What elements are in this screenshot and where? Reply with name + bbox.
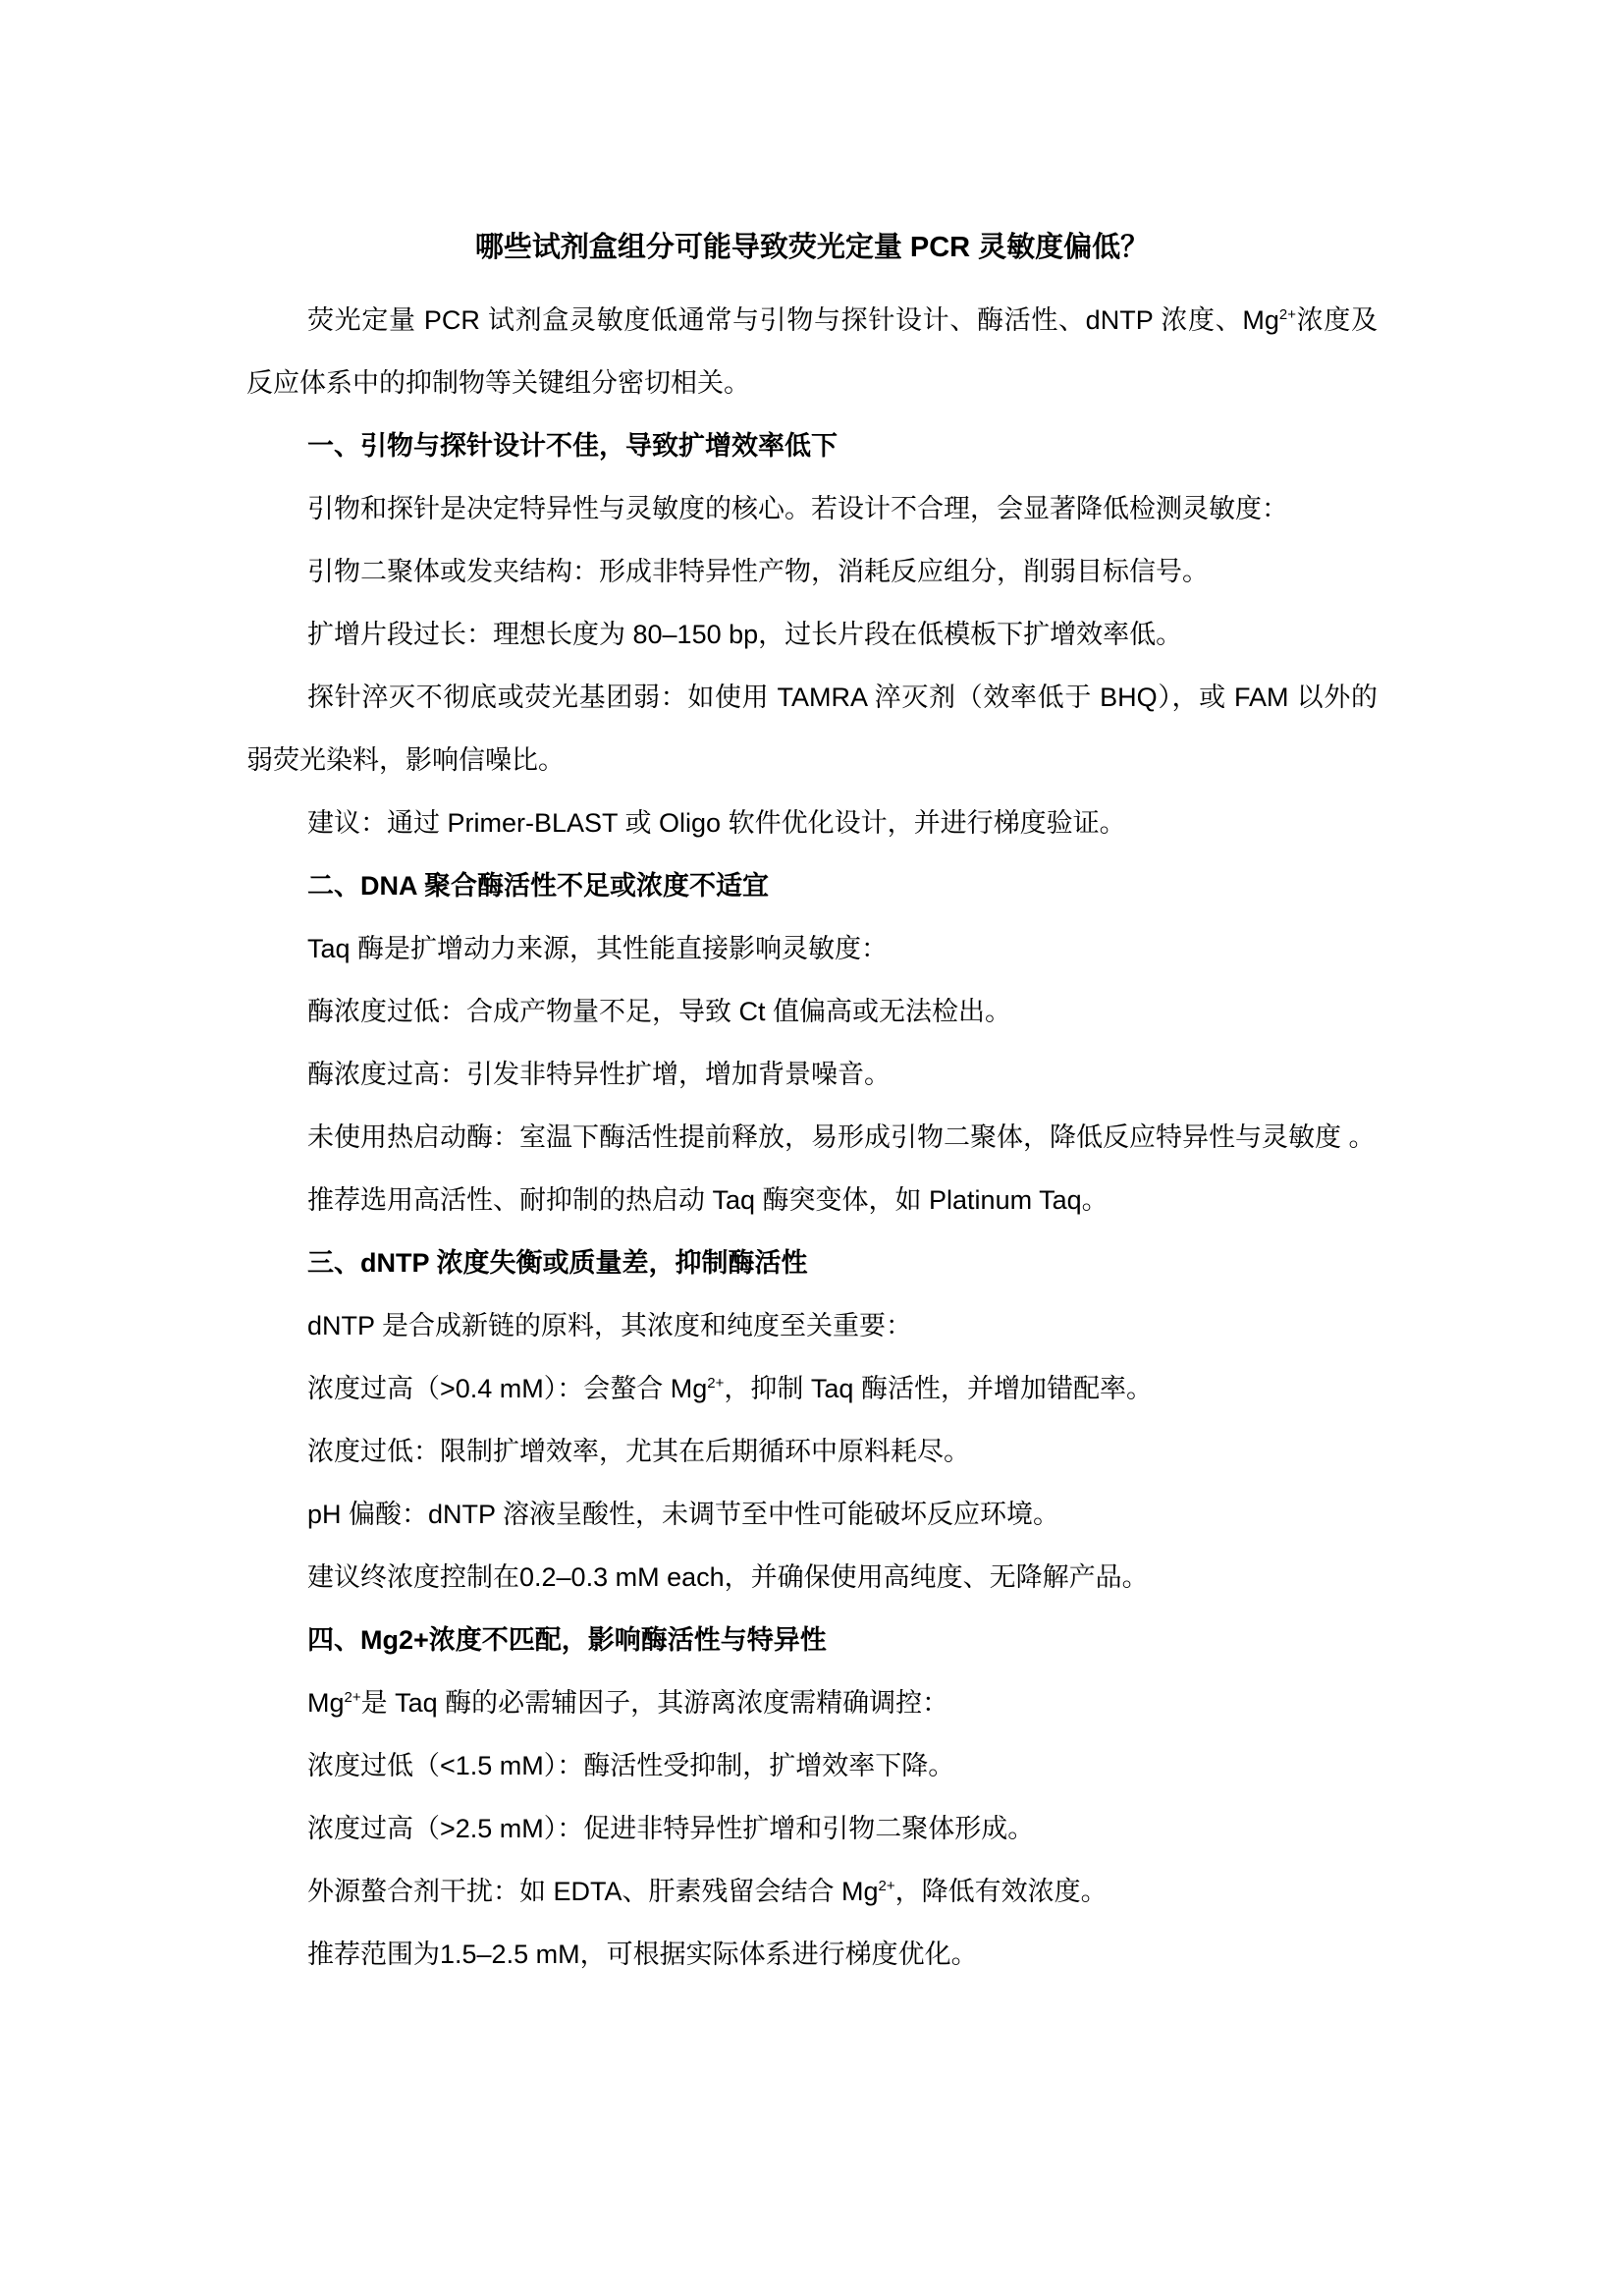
section3-paragraph: 浓度过低：限制扩增效率，尤其在后期循环中原料耗尽。: [246, 1420, 1378, 1483]
section-heading-1: 一、引物与探针设计不佳，导致扩增效率低下: [246, 414, 1378, 477]
section3-text-cont: ，抑制 Taq 酶活性，并增加错配率。: [724, 1374, 1153, 1403]
section4-recommendation: 推荐范围为1.5–2.5 mM，可根据实际体系进行梯度优化。: [246, 1923, 1378, 1986]
section2-paragraph: 酶浓度过低：合成产物量不足，导致 Ct 值偏高或无法检出。: [246, 980, 1378, 1043]
superscript: 2+: [345, 1689, 361, 1706]
section3-paragraph: dNTP 是合成新链的原料，其浓度和纯度至关重要：: [246, 1294, 1378, 1357]
section2-paragraph: 酶浓度过高：引发非特异性扩增，增加背景噪音。: [246, 1043, 1378, 1106]
section-heading-4: 四、Mg2+浓度不匹配，影响酶活性与特异性: [246, 1609, 1378, 1671]
section3-paragraph: pH 偏酸：dNTP 溶液呈酸性，未调节至中性可能破坏反应环境。: [246, 1483, 1378, 1546]
section-heading-3: 三、dNTP 浓度失衡或质量差，抑制酶活性: [246, 1231, 1378, 1294]
section4-text: 外源螯合剂干扰：如 EDTA、肝素残留会结合 Mg: [307, 1877, 879, 1906]
section2-recommendation: 推荐选用高活性、耐抑制的热启动 Taq 酶突变体，如 Platinum Taq。: [246, 1169, 1378, 1231]
section2-paragraph: 未使用热启动酶：室温下酶活性提前释放，易形成引物二聚体，降低反应特异性与灵敏度 …: [246, 1106, 1378, 1169]
section4-paragraph: 浓度过低（<1.5 mM）：酶活性受抑制，扩增效率下降。: [246, 1734, 1378, 1797]
intro-paragraph: 荧光定量 PCR 试剂盒灵敏度低通常与引物与探针设计、酶活性、dNTP 浓度、M…: [246, 289, 1378, 414]
section1-paragraph: 引物和探针是决定特异性与灵敏度的核心。若设计不合理，会显著降低检测灵敏度：: [246, 477, 1378, 540]
section4-paragraph: 浓度过高（>2.5 mM）：促进非特异性扩增和引物二聚体形成。: [246, 1797, 1378, 1860]
section4-text-cont: 是 Taq 酶的必需辅因子，其游离浓度需精确调控：: [361, 1688, 949, 1718]
section3-recommendation: 建议终浓度控制在0.2–0.3 mM each，并确保使用高纯度、无降解产品。: [246, 1546, 1378, 1609]
document-title: 哪些试剂盒组分可能导致荧光定量 PCR 灵敏度偏低？: [246, 228, 1378, 267]
section3-paragraph: 浓度过高（>0.4 mM）：会螯合 Mg2+，抑制 Taq 酶活性，并增加错配率…: [246, 1357, 1378, 1420]
section4-text: Mg: [307, 1688, 345, 1718]
section4-paragraph: Mg2+是 Taq 酶的必需辅因子，其游离浓度需精确调控：: [246, 1671, 1378, 1734]
section3-text: 浓度过高（>0.4 mM）：会螯合 Mg: [307, 1374, 707, 1403]
section2-paragraph: Taq 酶是扩增动力来源，其性能直接影响灵敏度：: [246, 917, 1378, 980]
superscript: 2+: [879, 1878, 895, 1894]
section1-paragraph: 扩增片段过长：理想长度为 80–150 bp，过长片段在低模板下扩增效率低。: [246, 603, 1378, 666]
section4-text-cont: ，降低有效浓度。: [895, 1877, 1108, 1906]
intro-text: 荧光定量 PCR 试剂盒灵敏度低通常与引物与探针设计、酶活性、dNTP 浓度、M…: [307, 305, 1279, 335]
section1-paragraph: 探针淬灭不彻底或荧光基团弱：如使用 TAMRA 淬灭剂（效率低于 BHQ），或 …: [246, 666, 1378, 792]
superscript: 2+: [1279, 306, 1296, 323]
section-heading-2: 二、DNA 聚合酶活性不足或浓度不适宜: [246, 854, 1378, 917]
document-page: 哪些试剂盒组分可能导致荧光定量 PCR 灵敏度偏低？ 荧光定量 PCR 试剂盒灵…: [246, 228, 1378, 1986]
section1-recommendation: 建议：通过 Primer-BLAST 或 Oligo 软件优化设计，并进行梯度验…: [246, 792, 1378, 854]
superscript: 2+: [707, 1375, 724, 1392]
section1-paragraph: 引物二聚体或发夹结构：形成非特异性产物，消耗反应组分，削弱目标信号。: [246, 540, 1378, 603]
section4-paragraph: 外源螯合剂干扰：如 EDTA、肝素残留会结合 Mg2+，降低有效浓度。: [246, 1860, 1378, 1923]
